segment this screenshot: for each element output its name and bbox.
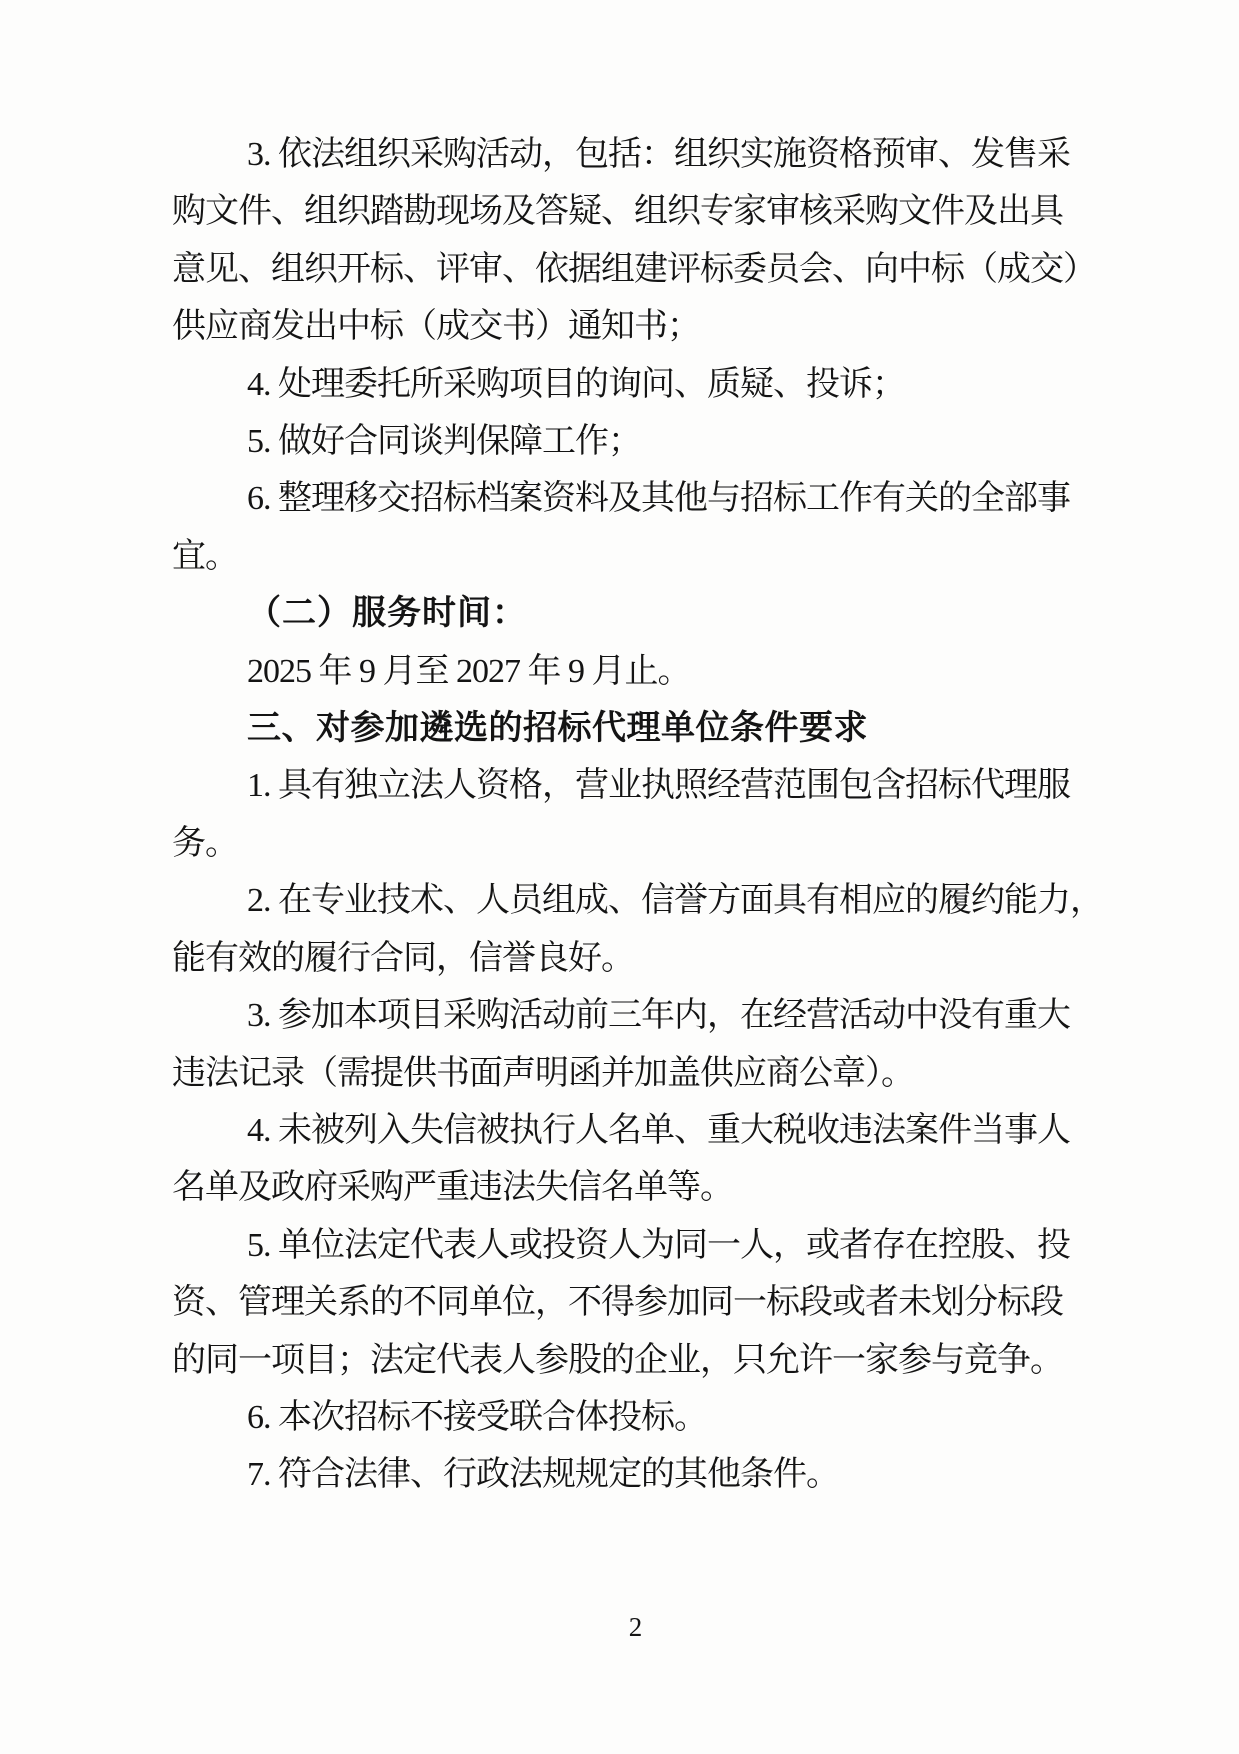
req-4-line-1: 4. 未被列入失信被执行人名单、重大税收违法案件当事人 — [172, 1102, 1072, 1159]
clause-3-line-2: 购文件、组织踏勘现场及答疑、组织专家审核采购文件及出具 — [172, 183, 1072, 240]
req-4-line-2: 名单及政府采购严重违法失信名单等。 — [172, 1159, 1072, 1216]
service-time-value: 2025 年 9 月至 2027 年 9 月止。 — [172, 643, 1072, 700]
page-number: 2 — [0, 1612, 1239, 1643]
req-2-line-1: 2. 在专业技术、人员组成、信誉方面具有相应的履约能力， — [172, 872, 1072, 929]
clause-3-line-3: 意见、组织开标、评审、依据组建评标委员会、向中标（成交） — [172, 241, 1072, 298]
req-2-line-2: 能有效的履行合同，信誉良好。 — [172, 930, 1072, 987]
req-1-line-2: 务。 — [172, 815, 1072, 872]
clause-5: 5. 做好合同谈判保障工作； — [172, 413, 1072, 470]
clause-3-line-4: 供应商发出中标（成交书）通知书； — [172, 298, 1072, 355]
req-6: 6. 本次招标不接受联合体投标。 — [172, 1389, 1072, 1446]
heading-service-time: （二）服务时间： — [172, 585, 1072, 642]
clause-6-line-1: 6. 整理移交招标档案资料及其他与招标工作有关的全部事 — [172, 470, 1072, 527]
clause-6-line-2: 宜。 — [172, 528, 1072, 585]
req-5-line-1: 5. 单位法定代表人或投资人为同一人，或者存在控股、投 — [172, 1217, 1072, 1274]
document-text-block: 3. 依法组织采购活动，包括：组织实施资格预审、发售采 购文件、组织踏勘现场及答… — [172, 126, 1072, 1504]
req-3-line-2: 违法记录（需提供书面声明函并加盖供应商公章）。 — [172, 1045, 1072, 1102]
req-1-line-1: 1. 具有独立法人资格，营业执照经营范围包含招标代理服 — [172, 757, 1072, 814]
heading-section-3: 三、对参加遴选的招标代理单位条件要求 — [172, 700, 1072, 757]
req-7: 7. 符合法律、行政法规规定的其他条件。 — [172, 1446, 1072, 1503]
req-3-line-1: 3. 参加本项目采购活动前三年内，在经营活动中没有重大 — [172, 987, 1072, 1044]
clause-3-line-1: 3. 依法组织采购活动，包括：组织实施资格预审、发售采 — [172, 126, 1072, 183]
document-page: 3. 依法组织采购活动，包括：组织实施资格预审、发售采 购文件、组织踏勘现场及答… — [0, 0, 1239, 1754]
req-5-line-2: 资、管理关系的不同单位，不得参加同一标段或者未划分标段 — [172, 1274, 1072, 1331]
clause-4: 4. 处理委托所采购项目的询问、质疑、投诉； — [172, 356, 1072, 413]
req-5-line-3: 的同一项目；法定代表人参股的企业，只允许一家参与竞争。 — [172, 1332, 1072, 1389]
